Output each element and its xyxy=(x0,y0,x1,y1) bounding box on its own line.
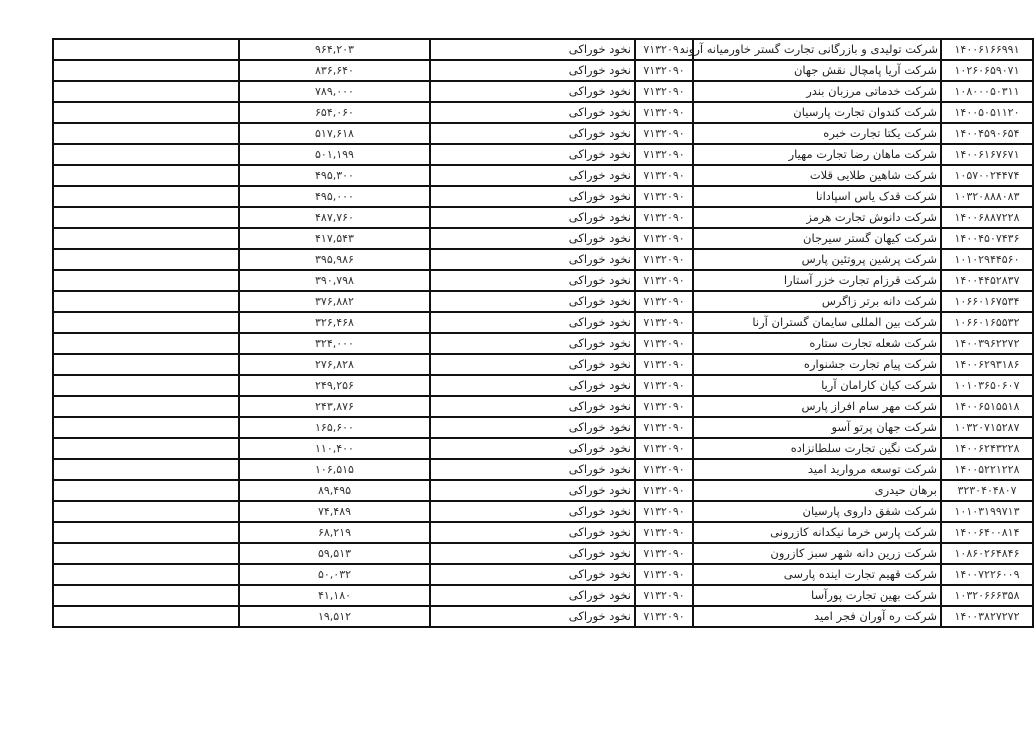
company-name-cell[interactable]: شرکت یکتا تجارت خبره xyxy=(693,123,941,144)
national-id-cell[interactable]: ۱۴۰۰۶۱۶۶۹۹۱ xyxy=(941,39,1033,60)
table-row: ۷۴,۴۸۹نخود خوراکی۷۱۳۲۰۹۰شرکت شفق داروی پ… xyxy=(53,501,1033,522)
national-id-cell[interactable]: ۱۴۰۰۳۸۲۷۲۷۲ xyxy=(941,606,1033,627)
national-id-cell[interactable]: ۱۰۵۷۰۰۲۴۴۷۴ xyxy=(941,165,1033,186)
table-row: ۵۹,۵۱۳نخود خوراکی۷۱۳۲۰۹۰شرکت زرین دانه ش… xyxy=(53,543,1033,564)
extra-cell[interactable] xyxy=(53,606,239,627)
table-row: ۳۲۶,۴۶۸نخود خوراکی۷۱۳۲۰۹۰شرکت بین المللی… xyxy=(53,312,1033,333)
table-row: ۱۱۰,۴۰۰نخود خوراکی۷۱۳۲۰۹۰شرکت نگین تجارت… xyxy=(53,438,1033,459)
product-cell[interactable]: نخود خوراکی xyxy=(430,375,635,396)
table-row: ۴۹۵,۰۰۰نخود خوراکی۷۱۳۲۰۹۰شرکت قدک یاس اس… xyxy=(53,186,1033,207)
tariff-code-cell[interactable]: ۷۱۳۲۰۹۰ xyxy=(635,123,693,144)
company-name-cell[interactable]: شرکت شعله تجارت ستاره xyxy=(693,333,941,354)
company-name-cell[interactable]: شرکت ماهان رضا تجارت مهیار xyxy=(693,144,941,165)
company-name-cell[interactable]: شرکت کیان کارامان آریا xyxy=(693,375,941,396)
spreadsheet-page: ۹۶۴,۲۰۳نخود خوراکی۷۱۳۲۰۹۰شرکت تولیدی و ب… xyxy=(52,38,1034,628)
amount-cell[interactable]: ۲۷۶,۸۲۸ xyxy=(239,354,430,375)
national-id-cell[interactable]: ۱۴۰۰۵۲۲۱۲۲۸ xyxy=(941,459,1033,480)
tariff-code-cell[interactable]: ۷۱۳۲۰۹۰ xyxy=(635,144,693,165)
tariff-code-cell[interactable]: ۷۱۳۲۰۹۰ xyxy=(635,81,693,102)
table-row: ۳۹۰,۷۹۸نخود خوراکی۷۱۳۲۰۹۰شرکت قرزام تجار… xyxy=(53,270,1033,291)
product-cell[interactable]: نخود خوراکی xyxy=(430,81,635,102)
national-id-cell[interactable]: ۱۰۱۰۳۱۹۹۷۱۳ xyxy=(941,501,1033,522)
table-row: ۷۸۹,۰۰۰نخود خوراکی۷۱۳۲۰۹۰شرکت خدماتی مرز… xyxy=(53,81,1033,102)
tariff-code-cell[interactable]: ۷۱۳۲۰۹۰ xyxy=(635,102,693,123)
table-body: ۹۶۴,۲۰۳نخود خوراکی۷۱۳۲۰۹۰شرکت تولیدی و ب… xyxy=(53,39,1033,627)
table-row: ۶۸,۲۱۹نخود خوراکی۷۱۳۲۰۹۰شرکت پارس خرما ن… xyxy=(53,522,1033,543)
amount-cell[interactable]: ۳۷۶,۸۸۲ xyxy=(239,291,430,312)
national-id-cell[interactable]: ۱۴۰۰۴۴۵۲۸۳۷ xyxy=(941,270,1033,291)
tariff-code-cell[interactable]: ۷۱۳۲۰۹۰ xyxy=(635,270,693,291)
national-id-cell[interactable]: ۱۴۰۰۶۲۹۳۱۸۶ xyxy=(941,354,1033,375)
extra-cell[interactable] xyxy=(53,39,239,60)
tariff-code-cell[interactable]: ۷۱۳۲۰۹۰ xyxy=(635,564,693,585)
tariff-code-cell[interactable]: ۷۱۳۲۰۹۰ xyxy=(635,60,693,81)
national-id-cell[interactable]: ۱۰۸۰۰۰۵۰۳۱۱ xyxy=(941,81,1033,102)
table-row: ۵۱۷,۶۱۸نخود خوراکی۷۱۳۲۰۹۰شرکت یکتا تجارت… xyxy=(53,123,1033,144)
amount-cell[interactable]: ۷۴,۴۸۹ xyxy=(239,501,430,522)
company-name-cell[interactable]: شرکت قرزام تجارت خزر آستارا xyxy=(693,270,941,291)
tariff-code-cell[interactable]: ۷۱۳۲۰۹۰ xyxy=(635,333,693,354)
table-row: ۹۶۴,۲۰۳نخود خوراکی۷۱۳۲۰۹۰شرکت تولیدی و ب… xyxy=(53,39,1033,60)
company-name-cell[interactable]: شرکت بهین تجارت پورآسا xyxy=(693,585,941,606)
tariff-code-cell[interactable]: ۷۱۳۲۰۹۰ xyxy=(635,438,693,459)
product-cell[interactable]: نخود خوراکی xyxy=(430,417,635,438)
extra-cell[interactable] xyxy=(53,459,239,480)
tariff-code-cell[interactable]: ۷۱۳۲۰۹۰ xyxy=(635,543,693,564)
tariff-code-cell[interactable]: ۷۱۳۲۰۹۰ xyxy=(635,249,693,270)
amount-cell[interactable]: ۷۸۹,۰۰۰ xyxy=(239,81,430,102)
product-cell[interactable]: نخود خوراکی xyxy=(430,186,635,207)
product-cell[interactable]: نخود خوراکی xyxy=(430,228,635,249)
company-name-cell[interactable]: شرکت پرشین پروتئین پارس xyxy=(693,249,941,270)
table-row: ۸۳۶,۶۴۰نخود خوراکی۷۱۳۲۰۹۰شرکت آریا پامچا… xyxy=(53,60,1033,81)
product-cell[interactable]: نخود خوراکی xyxy=(430,564,635,585)
extra-cell[interactable] xyxy=(53,312,239,333)
table-row: ۱۶۵,۶۰۰نخود خوراکی۷۱۳۲۰۹۰شرکت جهان پرتو … xyxy=(53,417,1033,438)
tariff-code-cell[interactable]: ۷۱۳۲۰۹۰ xyxy=(635,291,693,312)
extra-cell[interactable] xyxy=(53,165,239,186)
amount-cell[interactable]: ۴۱۷,۵۴۳ xyxy=(239,228,430,249)
company-name-cell[interactable]: شرکت دانوش تجارت هرمز xyxy=(693,207,941,228)
tariff-code-cell[interactable]: ۷۱۳۲۰۹۰ xyxy=(635,417,693,438)
product-cell[interactable]: نخود خوراکی xyxy=(430,459,635,480)
extra-cell[interactable] xyxy=(53,522,239,543)
product-cell[interactable]: نخود خوراکی xyxy=(430,585,635,606)
amount-cell[interactable]: ۵۹,۵۱۳ xyxy=(239,543,430,564)
tariff-code-cell[interactable]: ۷۱۳۲۰۹۰ xyxy=(635,585,693,606)
tariff-code-cell[interactable]: ۷۱۳۲۰۹۰ xyxy=(635,165,693,186)
amount-cell[interactable]: ۴۹۵,۰۰۰ xyxy=(239,186,430,207)
product-cell[interactable]: نخود خوراکی xyxy=(430,522,635,543)
amount-cell[interactable]: ۱۱۰,۴۰۰ xyxy=(239,438,430,459)
extra-cell[interactable] xyxy=(53,375,239,396)
amount-cell[interactable]: ۲۴۳,۸۷۶ xyxy=(239,396,430,417)
extra-cell[interactable] xyxy=(53,438,239,459)
extra-cell[interactable] xyxy=(53,144,239,165)
extra-cell[interactable] xyxy=(53,291,239,312)
table-row: ۳۲۴,۰۰۰نخود خوراکی۷۱۳۲۰۹۰شرکت شعله تجارت… xyxy=(53,333,1033,354)
national-id-cell[interactable]: ۱۴۰۰۶۸۸۷۲۲۸ xyxy=(941,207,1033,228)
tariff-code-cell[interactable]: ۷۱۳۲۰۹۰ xyxy=(635,228,693,249)
product-cell[interactable]: نخود خوراکی xyxy=(430,501,635,522)
amount-cell[interactable]: ۹۶۴,۲۰۳ xyxy=(239,39,430,60)
company-name-cell[interactable]: شرکت توسعه مروارید امید xyxy=(693,459,941,480)
amount-cell[interactable]: ۴۱,۱۸۰ xyxy=(239,585,430,606)
product-cell[interactable]: نخود خوراکی xyxy=(430,333,635,354)
table-row: ۵۰۱,۱۹۹نخود خوراکی۷۱۳۲۰۹۰شرکت ماهان رضا … xyxy=(53,144,1033,165)
product-cell[interactable]: نخود خوراکی xyxy=(430,39,635,60)
amount-cell[interactable]: ۳۹۰,۷۹۸ xyxy=(239,270,430,291)
amount-cell[interactable]: ۱۶۵,۶۰۰ xyxy=(239,417,430,438)
company-name-cell[interactable]: شرکت قهیم تجارت اینده پارسی xyxy=(693,564,941,585)
product-cell[interactable]: نخود خوراکی xyxy=(430,102,635,123)
extra-cell[interactable] xyxy=(53,354,239,375)
national-id-cell[interactable]: ۱۰۳۲۰۷۱۵۲۸۷ xyxy=(941,417,1033,438)
importers-table: ۹۶۴,۲۰۳نخود خوراکی۷۱۳۲۰۹۰شرکت تولیدی و ب… xyxy=(52,38,1034,628)
company-name-cell[interactable]: شرکت قدک یاس اسپادانا xyxy=(693,186,941,207)
extra-cell[interactable] xyxy=(53,333,239,354)
company-name-cell[interactable]: شرکت نگین تجارت سلطانزاده xyxy=(693,438,941,459)
company-name-cell[interactable]: شرکت جهان پرتو آسو xyxy=(693,417,941,438)
product-cell[interactable]: نخود خوراکی xyxy=(430,312,635,333)
national-id-cell[interactable]: ۳۲۳۰۴۰۴۸۰۷ xyxy=(941,480,1033,501)
company-name-cell[interactable]: شرکت کیهان گستر سیرجان xyxy=(693,228,941,249)
national-id-cell[interactable]: ۱۴۰۰۴۵۹۰۶۵۴ xyxy=(941,123,1033,144)
amount-cell[interactable]: ۳۲۴,۰۰۰ xyxy=(239,333,430,354)
product-cell[interactable]: نخود خوراکی xyxy=(430,438,635,459)
table-row: ۴۱,۱۸۰نخود خوراکی۷۱۳۲۰۹۰شرکت بهین تجارت … xyxy=(53,585,1033,606)
company-name-cell[interactable]: شرکت بین المللی سایمان گستران آرنا xyxy=(693,312,941,333)
company-name-cell[interactable]: شرکت ره آوران فجر امید xyxy=(693,606,941,627)
table-row: ۸۹,۴۹۵نخود خوراکی۷۱۳۲۰۹۰برهان حیدری۳۲۳۰۴… xyxy=(53,480,1033,501)
company-name-cell[interactable]: شرکت دانه برتر زاگرس xyxy=(693,291,941,312)
extra-cell[interactable] xyxy=(53,123,239,144)
product-cell[interactable]: نخود خوراکی xyxy=(430,144,635,165)
table-row: ۵۰,۰۳۲نخود خوراکی۷۱۳۲۰۹۰شرکت قهیم تجارت … xyxy=(53,564,1033,585)
national-id-cell[interactable]: ۱۴۰۰۶۵۱۵۵۱۸ xyxy=(941,396,1033,417)
extra-cell[interactable] xyxy=(53,81,239,102)
table-row: ۱۰۶,۵۱۵نخود خوراکی۷۱۳۲۰۹۰شرکت توسعه مروا… xyxy=(53,459,1033,480)
amount-cell[interactable]: ۶۸,۲۱۹ xyxy=(239,522,430,543)
table-row: ۴۸۷,۷۶۰نخود خوراکی۷۱۳۲۰۹۰شرکت دانوش تجار… xyxy=(53,207,1033,228)
company-name-cell[interactable]: شرکت شفق داروی پارسیان xyxy=(693,501,941,522)
national-id-cell[interactable]: ۱۰۳۲۰۸۸۸۰۸۳ xyxy=(941,186,1033,207)
company-name-text: شرکت تولیدی و بازرگانی تجارت گستر خاورمی… xyxy=(680,40,938,59)
product-cell[interactable]: نخود خوراکی xyxy=(430,207,635,228)
extra-cell[interactable] xyxy=(53,417,239,438)
company-name-cell[interactable]: شرکت پارس خرما نیکدانه کازرونی xyxy=(693,522,941,543)
amount-cell[interactable]: ۱۹,۵۱۲ xyxy=(239,606,430,627)
national-id-cell[interactable]: ۱۴۰۰۵۰۵۱۱۲۰ xyxy=(941,102,1033,123)
product-cell[interactable]: نخود خوراکی xyxy=(430,480,635,501)
company-name-cell[interactable]: برهان حیدری xyxy=(693,480,941,501)
extra-cell[interactable] xyxy=(53,207,239,228)
national-id-cell[interactable]: ۱۰۱۰۲۹۴۴۵۶۰ xyxy=(941,249,1033,270)
extra-cell[interactable] xyxy=(53,564,239,585)
product-cell[interactable]: نخود خوراکی xyxy=(430,606,635,627)
company-name-cell[interactable]: شرکت تولیدی و بازرگانی تجارت گستر خاورمی… xyxy=(693,39,941,60)
product-cell[interactable]: نخود خوراکی xyxy=(430,249,635,270)
table-row: ۳۹۵,۹۸۶نخود خوراکی۷۱۳۲۰۹۰شرکت پرشین پروت… xyxy=(53,249,1033,270)
extra-cell[interactable] xyxy=(53,480,239,501)
extra-cell[interactable] xyxy=(53,501,239,522)
company-name-cell[interactable]: شرکت پیام تجارت جشنواره xyxy=(693,354,941,375)
extra-cell[interactable] xyxy=(53,249,239,270)
amount-cell[interactable]: ۸۹,۴۹۵ xyxy=(239,480,430,501)
product-cell[interactable]: نخود خوراکی xyxy=(430,123,635,144)
national-id-cell[interactable]: ۱۴۰۰۶۱۶۷۶۷۱ xyxy=(941,144,1033,165)
table-row: ۲۴۹,۲۵۶نخود خوراکی۷۱۳۲۰۹۰شرکت کیان کارام… xyxy=(53,375,1033,396)
national-id-cell[interactable]: ۱۰۶۶۰۱۶۷۵۳۴ xyxy=(941,291,1033,312)
tariff-code-cell[interactable]: ۷۱۳۲۰۹۰ xyxy=(635,186,693,207)
extra-cell[interactable] xyxy=(53,228,239,249)
company-name-cell[interactable]: شرکت مهر سام افراز پارس xyxy=(693,396,941,417)
amount-cell[interactable]: ۵۰,۰۳۲ xyxy=(239,564,430,585)
tariff-code-cell[interactable]: ۷۱۳۲۰۹۰ xyxy=(635,606,693,627)
amount-cell[interactable]: ۲۴۹,۲۵۶ xyxy=(239,375,430,396)
tariff-code-cell[interactable]: ۷۱۳۲۰۹۰ xyxy=(635,312,693,333)
product-cell[interactable]: نخود خوراکی xyxy=(430,60,635,81)
national-id-cell[interactable]: ۱۰۶۶۰۱۶۵۵۳۲ xyxy=(941,312,1033,333)
company-name-cell[interactable]: شرکت شاهین طلایی قلات xyxy=(693,165,941,186)
amount-cell[interactable]: ۱۰۶,۵۱۵ xyxy=(239,459,430,480)
amount-cell[interactable]: ۵۰۱,۱۹۹ xyxy=(239,144,430,165)
tariff-code-cell[interactable]: ۷۱۳۲۰۹۰ xyxy=(635,480,693,501)
amount-cell[interactable]: ۶۵۴,۰۶۰ xyxy=(239,102,430,123)
table-row: ۳۷۶,۸۸۲نخود خوراکی۷۱۳۲۰۹۰شرکت دانه برتر … xyxy=(53,291,1033,312)
product-cell[interactable]: نخود خوراکی xyxy=(430,165,635,186)
table-row: ۲۷۶,۸۲۸نخود خوراکی۷۱۳۲۰۹۰شرکت پیام تجارت… xyxy=(53,354,1033,375)
national-id-cell[interactable]: ۱۴۰۰۳۹۶۲۲۷۲ xyxy=(941,333,1033,354)
product-cell[interactable]: نخود خوراکی xyxy=(430,354,635,375)
tariff-code-cell[interactable]: ۷۱۳۲۰۹۰ xyxy=(635,207,693,228)
amount-cell[interactable]: ۸۳۶,۶۴۰ xyxy=(239,60,430,81)
extra-cell[interactable] xyxy=(53,270,239,291)
product-cell[interactable]: نخود خوراکی xyxy=(430,291,635,312)
company-name-cell[interactable]: شرکت زرین دانه شهر سبز کازرون xyxy=(693,543,941,564)
extra-cell[interactable] xyxy=(53,60,239,81)
extra-cell[interactable] xyxy=(53,396,239,417)
national-id-cell[interactable]: ۱۴۰۰۴۵۰۷۴۳۶ xyxy=(941,228,1033,249)
tariff-code-cell[interactable]: ۷۱۳۲۰۹۰ xyxy=(635,354,693,375)
amount-cell[interactable]: ۳۹۵,۹۸۶ xyxy=(239,249,430,270)
product-cell[interactable]: نخود خوراکی xyxy=(430,543,635,564)
amount-cell[interactable]: ۳۲۶,۴۶۸ xyxy=(239,312,430,333)
company-name-cell[interactable]: شرکت آریا پامچال نقش جهان xyxy=(693,60,941,81)
amount-cell[interactable]: ۴۸۷,۷۶۰ xyxy=(239,207,430,228)
national-id-cell[interactable]: ۱۴۰۰۶۴۰۰۸۱۴ xyxy=(941,522,1033,543)
national-id-cell[interactable]: ۱۴۰۰۷۲۲۶۰۰۹ xyxy=(941,564,1033,585)
product-cell[interactable]: نخود خوراکی xyxy=(430,396,635,417)
national-id-cell[interactable]: ۱۰۱۰۳۶۵۰۶۰۷ xyxy=(941,375,1033,396)
tariff-code-cell[interactable]: ۷۱۳۲۰۹۰ xyxy=(635,522,693,543)
extra-cell[interactable] xyxy=(53,585,239,606)
tariff-code-cell[interactable]: ۷۱۳۲۰۹۰ xyxy=(635,501,693,522)
amount-cell[interactable]: ۵۱۷,۶۱۸ xyxy=(239,123,430,144)
national-id-cell[interactable]: ۱۰۲۶۰۶۵۹۰۷۱ xyxy=(941,60,1033,81)
product-cell[interactable]: نخود خوراکی xyxy=(430,270,635,291)
company-name-cell[interactable]: شرکت کندوان تجارت پارسیان xyxy=(693,102,941,123)
tariff-code-cell[interactable]: ۷۱۳۲۰۹۰ xyxy=(635,459,693,480)
company-name-cell[interactable]: شرکت خدماتی مرزبان بندر xyxy=(693,81,941,102)
extra-cell[interactable] xyxy=(53,186,239,207)
table-row: ۱۹,۵۱۲نخود خوراکی۷۱۳۲۰۹۰شرکت ره آوران فج… xyxy=(53,606,1033,627)
national-id-cell[interactable]: ۱۰۳۲۰۶۶۶۳۵۸ xyxy=(941,585,1033,606)
national-id-cell[interactable]: ۱۴۰۰۶۲۴۳۲۲۸ xyxy=(941,438,1033,459)
tariff-code-cell[interactable]: ۷۱۳۲۰۹۰ xyxy=(635,375,693,396)
tariff-code-cell[interactable]: ۷۱۳۲۰۹۰ xyxy=(635,396,693,417)
table-row: ۲۴۳,۸۷۶نخود خوراکی۷۱۳۲۰۹۰شرکت مهر سام اف… xyxy=(53,396,1033,417)
table-row: ۴۹۵,۳۰۰نخود خوراکی۷۱۳۲۰۹۰شرکت شاهین طلای… xyxy=(53,165,1033,186)
amount-cell[interactable]: ۴۹۵,۳۰۰ xyxy=(239,165,430,186)
national-id-cell[interactable]: ۱۰۸۶۰۲۶۴۸۴۶ xyxy=(941,543,1033,564)
table-row: ۶۵۴,۰۶۰نخود خوراکی۷۱۳۲۰۹۰شرکت کندوان تجا… xyxy=(53,102,1033,123)
table-row: ۴۱۷,۵۴۳نخود خوراکی۷۱۳۲۰۹۰شرکت کیهان گستر… xyxy=(53,228,1033,249)
extra-cell[interactable] xyxy=(53,543,239,564)
extra-cell[interactable] xyxy=(53,102,239,123)
